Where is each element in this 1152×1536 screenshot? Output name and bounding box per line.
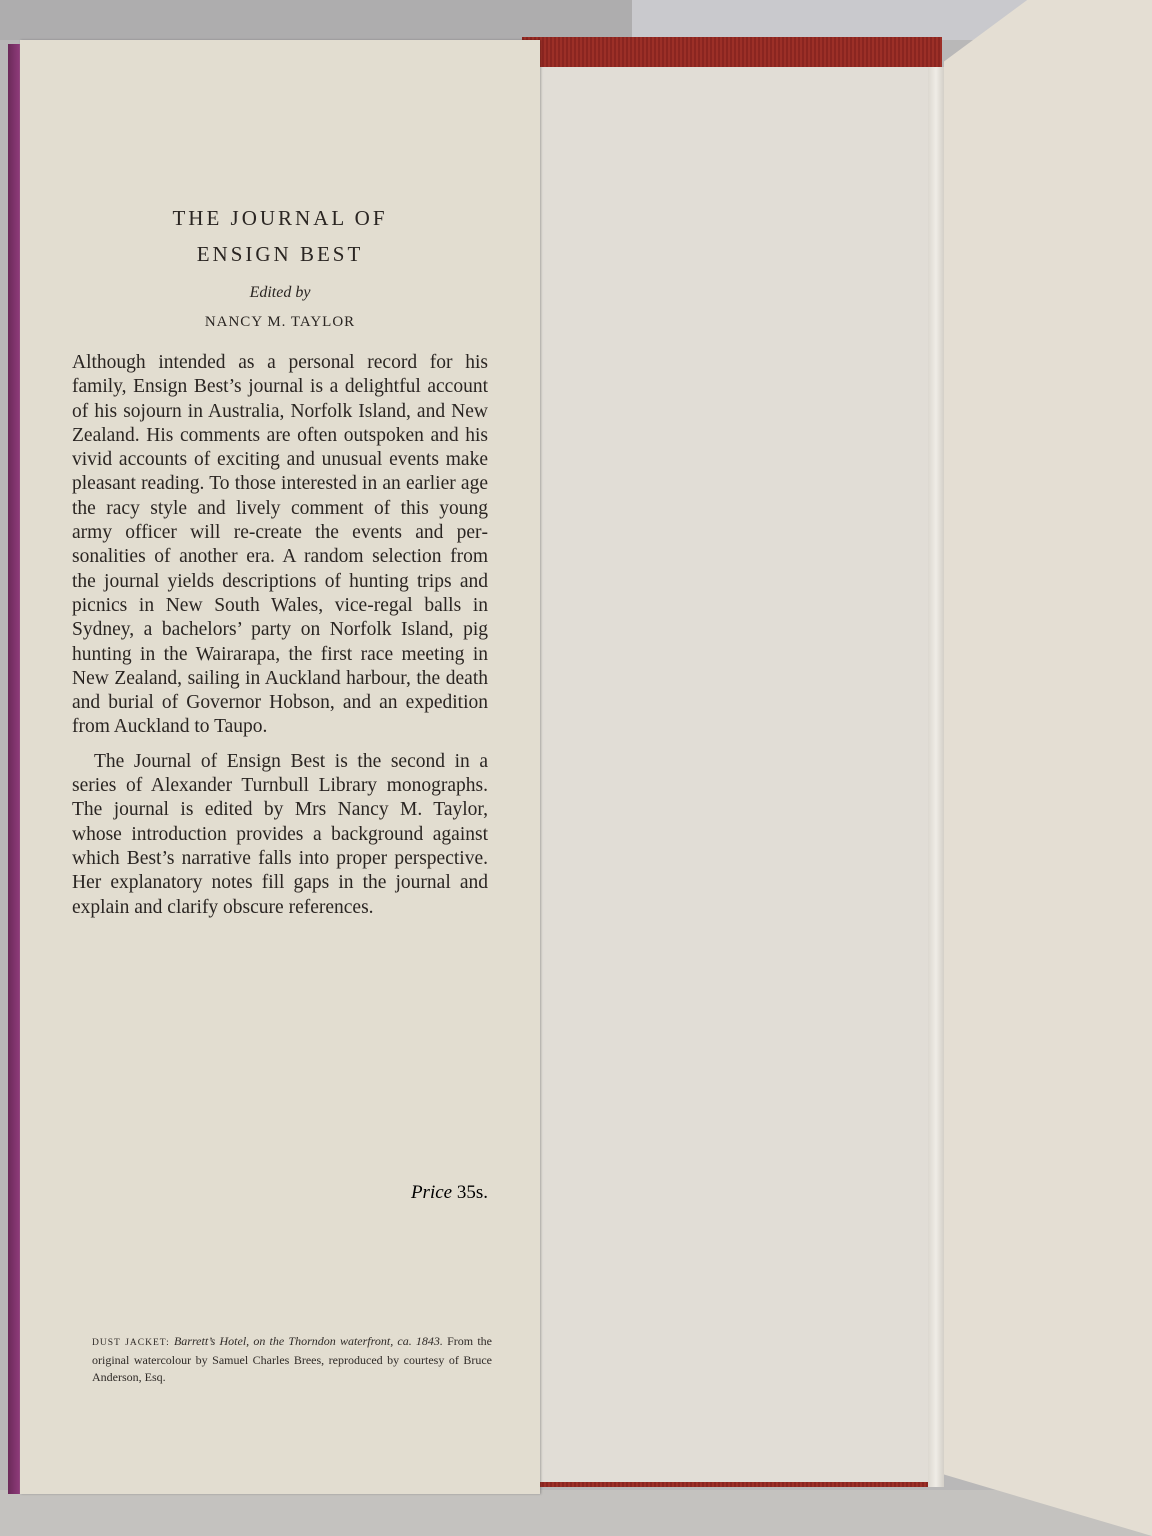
book-hinge <box>928 67 944 1487</box>
price: Price 35s. <box>72 1182 488 1204</box>
flyleaf-page <box>944 0 1152 1536</box>
price-label: Price <box>411 1182 452 1203</box>
book-title: THE JOURNAL OF ENSIGN BEST <box>72 200 488 272</box>
endpaper <box>527 67 940 1482</box>
jacket-credit: DUST JACKET: Barrett’s Hotel, on the Tho… <box>92 1333 492 1386</box>
blurb-paragraph-2: The Journal of Ensign Best is the second… <box>72 750 488 920</box>
price-value: 35s. <box>457 1182 488 1203</box>
dust-jacket-flap: THE JOURNAL OF ENSIGN BEST Edited by NAN… <box>20 40 540 1494</box>
table-surface <box>0 1490 1152 1536</box>
blurb-paragraph-1: Although intended as a personal record f… <box>72 351 488 740</box>
background-wall <box>0 0 632 40</box>
credit-title: Barrett’s Hotel, on the Thorndon waterfr… <box>174 1334 443 1348</box>
title-line-2: ENSIGN BEST <box>197 242 364 266</box>
editor-name: NANCY M. TAYLOR <box>72 314 488 331</box>
credit-label: DUST JACKET: <box>92 1338 170 1348</box>
edited-by-label: Edited by <box>72 284 488 302</box>
flap-content: THE JOURNAL OF ENSIGN BEST Edited by NAN… <box>72 200 488 920</box>
title-line-1: THE JOURNAL OF <box>172 206 387 230</box>
